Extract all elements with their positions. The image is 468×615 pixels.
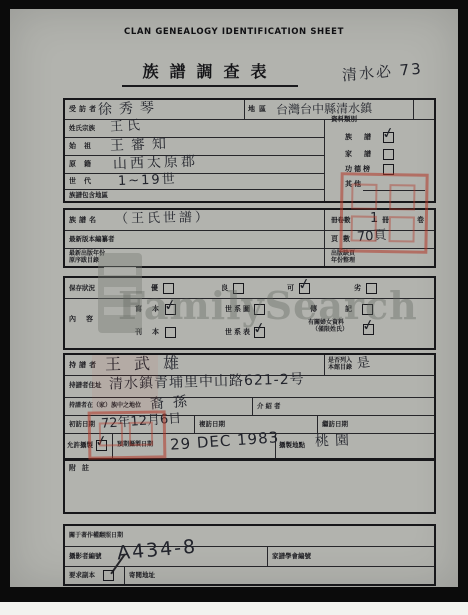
content-checkbox-biography <box>362 304 373 315</box>
condition-checkbox-poor <box>366 283 377 294</box>
category-label: 資料類別 <box>331 116 357 123</box>
origin-value: 山西太原郡 <box>113 155 198 172</box>
coverage-label: 族譜包含地區 <box>69 192 108 199</box>
content-checkbox-lineage-table <box>254 327 265 338</box>
film-place-value: 桃園 <box>315 433 355 448</box>
content-item-label: 世系表 <box>225 329 252 336</box>
ancestor-label: 始祖 <box>69 143 99 150</box>
red-seal-smear <box>92 355 158 413</box>
generations-value: 1~19世 <box>118 173 177 188</box>
red-seal-top-right <box>339 172 428 254</box>
copyright-date-label: 關于著作權翻照日期 <box>69 533 123 539</box>
condition-item-label: 良 <box>221 285 229 292</box>
introducer-label: 介紹者 <box>257 403 283 410</box>
film-place-label: 攝製地點 <box>279 442 305 449</box>
area-value: 台灣台中縣清水鎮 <box>276 102 372 116</box>
category-item-label: 家譜 <box>345 151 383 158</box>
form-paper: CLAN GENEALOGY IDENTIFICATION SHEET 族譜調查… <box>10 9 458 587</box>
listed-label-line2: 本館目錄 <box>328 365 352 371</box>
condition-checkbox-excellent <box>163 283 174 294</box>
photographer-number-value: A434-8 <box>116 538 198 564</box>
listed-value: 是 <box>356 356 371 371</box>
handwritten-annotation: 清水必 73 <box>342 62 424 84</box>
ancestor-value: 王審知 <box>110 137 173 153</box>
content-checkbox-lineage-chart <box>254 304 265 315</box>
condition-item-label: 劣 <box>354 285 362 292</box>
interviewee-value: 徐秀琴 <box>98 101 161 117</box>
women-label-line2: （僅限姓氏） <box>312 327 348 333</box>
scanned-genealogy-sheet: CLAN GENEALOGY IDENTIFICATION SHEET 族譜調查… <box>0 0 468 615</box>
genealogy-title-label: 族譜名 <box>69 217 99 224</box>
third-visit-label: 繼訪日期 <box>322 421 348 428</box>
mail-address-label: 寄閱地址 <box>129 572 155 579</box>
surname-label: 姓氏宗族 <box>69 125 95 132</box>
red-seal-permission <box>88 410 167 459</box>
category-item-label: 族譜 <box>345 134 383 141</box>
surname-value: 王氏 <box>110 119 145 134</box>
content-checkbox-print <box>165 327 176 338</box>
pubyear-label-line2: 原序跋目錄 <box>69 258 99 264</box>
condition-item-label: 可 <box>287 285 295 292</box>
interviewee-label: 受訪者 <box>69 106 99 113</box>
copy-request-checkbox <box>103 570 114 581</box>
area-label: 地區 <box>248 106 270 113</box>
condition-item-label: 優 <box>151 285 159 292</box>
editor-label: 最新版本編纂者 <box>69 236 115 243</box>
category-checkbox-jiapu <box>383 149 394 160</box>
copy-request-label: 要求副本 <box>69 572 95 579</box>
section-notes: 附註 <box>63 458 436 514</box>
notes-label: 附註 <box>69 465 95 472</box>
category-checkbox-zupu <box>383 132 394 143</box>
content-checkbox-manuscript <box>165 304 176 315</box>
english-header: CLAN GENEALOGY IDENTIFICATION SHEET <box>10 27 458 37</box>
society-number-label: 家譜學會編號 <box>272 553 311 560</box>
missing-label-line2: 年份整理 <box>331 258 355 264</box>
origin-label: 原籍 <box>69 161 99 168</box>
condition-checkbox-good <box>233 283 244 294</box>
condition-checkbox-fair <box>299 283 310 294</box>
form-title: 族譜調查表 <box>122 59 298 87</box>
familysearch-logo-watermark <box>98 253 142 333</box>
section-footer: 關于著作權翻照日期 攝影者編號 A434-8 家譜學會編號 要求副本 寄閱地址 <box>63 524 436 586</box>
condition-label: 保存狀況 <box>69 285 95 292</box>
genealogy-title-value: （王氏世譜） <box>115 211 211 226</box>
generations-label: 世代 <box>69 178 99 185</box>
content-item-label: 世系圖 <box>225 306 252 313</box>
second-visit-label: 複訪日期 <box>199 421 225 428</box>
content-checkbox-women <box>363 324 374 335</box>
photographer-number-label: 攝影者編號 <box>69 553 102 560</box>
